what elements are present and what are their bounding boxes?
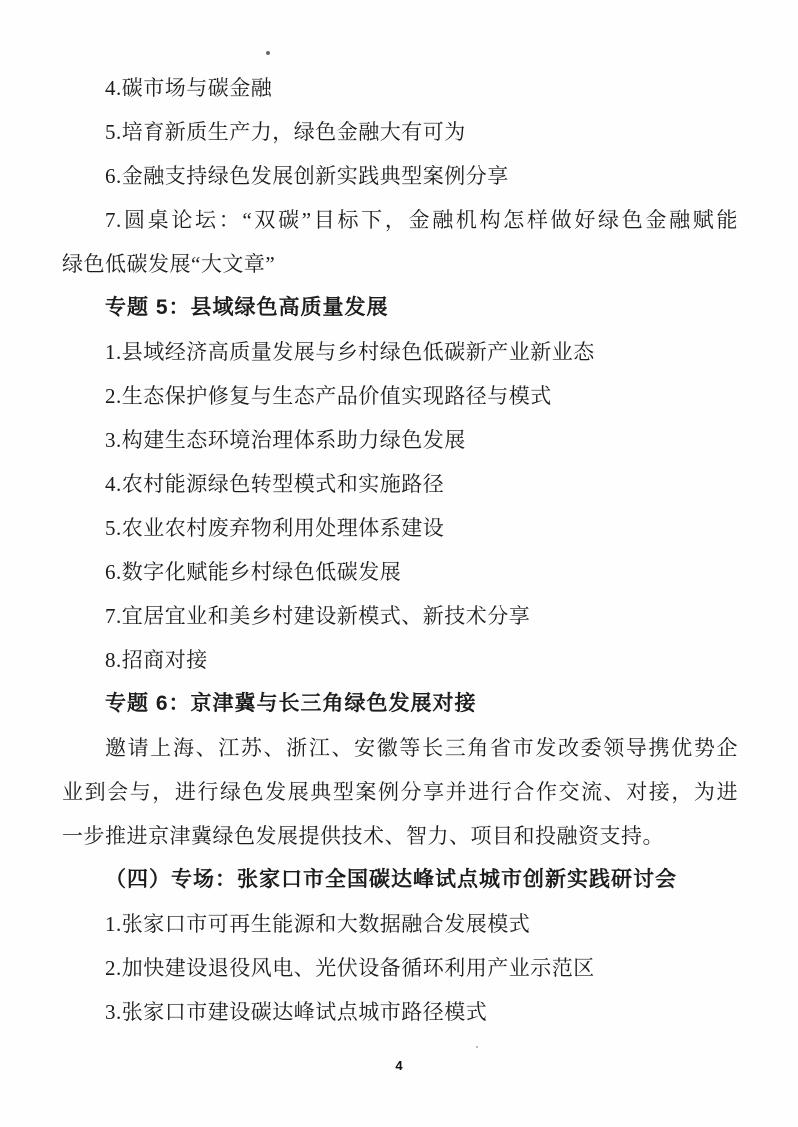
section-heading: （四）专场：张家口市全国碳达峰试点城市创新实践研讨会	[62, 858, 738, 902]
scan-speck	[476, 1046, 478, 1048]
list-item: 1.张家口市可再生能源和大数据融合发展模式	[62, 902, 738, 946]
paragraph-line: 邀请上海、江苏、浙江、安徽等长三角省市发改委领导携优势企	[62, 726, 738, 770]
list-item: 2.加快建设退役风电、光伏设备循环利用产业示范区	[62, 946, 738, 990]
list-item: 4.农村能源绿色转型模式和实施路径	[62, 462, 738, 506]
paragraph-wrap: 一步推进京津冀绿色发展提供技术、智力、项目和投融资支持。	[62, 814, 738, 858]
list-item: 6.金融支持绿色发展创新实践典型案例分享	[62, 154, 738, 198]
document-body: 4.碳市场与碳金融 5.培育新质生产力，绿色金融大有可为 6.金融支持绿色发展创…	[62, 66, 738, 1034]
scan-speck	[266, 51, 270, 55]
list-item: 3.构建生态环境治理体系助力绿色发展	[62, 418, 738, 462]
list-item: 8.招商对接	[62, 638, 738, 682]
section-heading: 专题 6：京津冀与长三角绿色发展对接	[62, 682, 738, 726]
list-item: 4.碳市场与碳金融	[62, 66, 738, 110]
list-item: 2.生态保护修复与生态产品价值实现路径与模式	[62, 374, 738, 418]
list-item: 3.张家口市建设碳达峰试点城市路径模式	[62, 990, 738, 1034]
document-page: 4.碳市场与碳金融 5.培育新质生产力，绿色金融大有可为 6.金融支持绿色发展创…	[0, 0, 798, 1127]
list-item: 7.圆桌论坛：“双碳”目标下，金融机构怎样做好绿色金融赋能	[62, 198, 738, 242]
list-item: 7.宜居宜业和美乡村建设新模式、新技术分享	[62, 594, 738, 638]
paragraph-wrap: 绿色低碳发展“大文章”	[62, 242, 738, 286]
list-item: 5.培育新质生产力，绿色金融大有可为	[62, 110, 738, 154]
page-number: 4	[0, 1058, 798, 1073]
section-heading: 专题 5：县域绿色高质量发展	[62, 286, 738, 330]
list-item: 1.县域经济高质量发展与乡村绿色低碳新产业新业态	[62, 330, 738, 374]
list-item: 6.数字化赋能乡村绿色低碳发展	[62, 550, 738, 594]
list-item: 5.农业农村废弃物利用处理体系建设	[62, 506, 738, 550]
paragraph-wrap: 业到会与，进行绿色发展典型案例分享并进行合作交流、对接，为进	[62, 770, 738, 814]
